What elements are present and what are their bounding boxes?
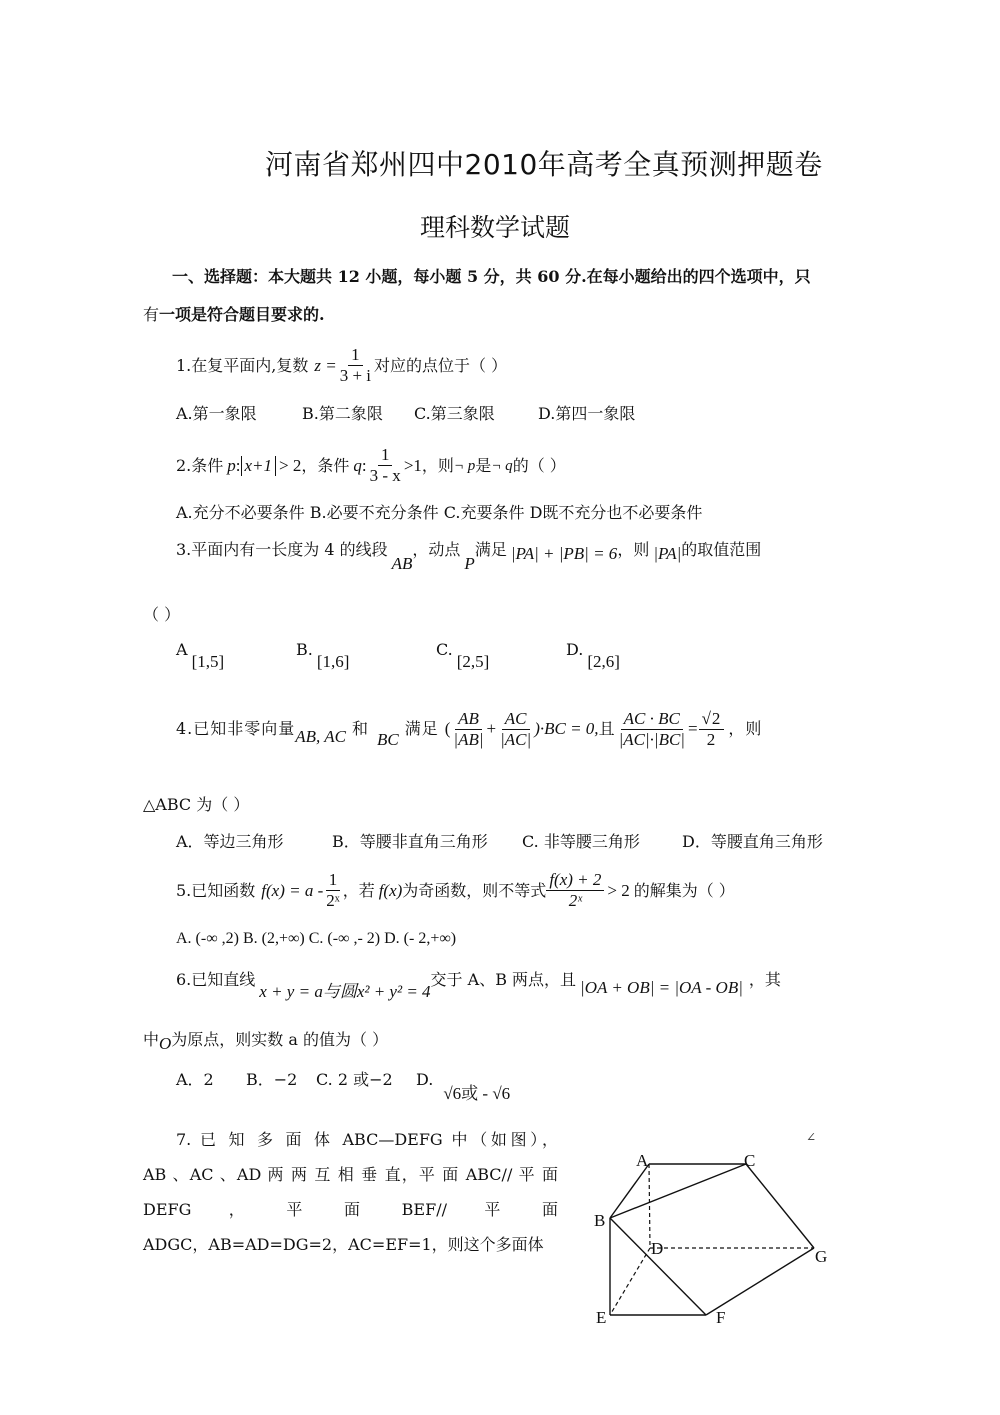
question-7-text: 7. 已 知 多 面 体 ABC—DEFG 中（如图）， AB 、AC 、AD … (143, 1122, 558, 1262)
polyhedron-figure: A C B D G E F (580, 1130, 840, 1340)
q6-line2: 中O为原点，则实数 a 的值为（ ） (143, 1030, 388, 1050)
q4-frac-ac: AC |AC| (497, 709, 534, 750)
q5-frac1-den: 2ˣ (323, 891, 342, 911)
q6-line2-pre: 中 (143, 1030, 159, 1049)
q5-stem-2: ，若 (343, 881, 375, 901)
q4-frac-cos-den: |AC|·|BC| (616, 730, 688, 750)
q4-frac-ab: AB |AB| (450, 709, 486, 750)
q1-math-lhs: z = (314, 356, 336, 376)
q3-option-b-label: B. (296, 640, 313, 659)
q4-sqrt2-den: 2 (704, 730, 720, 750)
q2-frac-num: 1 (378, 445, 393, 466)
q5-frac1-num: 1 (326, 870, 341, 891)
question-1-options: A.第一象限B.第二象限C.第三象限D.第四一象限 (176, 404, 635, 424)
q1-option-a[interactable]: A.第一象限 (176, 404, 302, 424)
q5-option-d[interactable]: D. (- 2,+∞) (384, 929, 456, 949)
q4-option-d[interactable]: D．等腰直角三角形 (682, 832, 823, 852)
q3-option-b-value: [1,6] (317, 652, 350, 671)
q4-frac-cos: AC · BC |AC|·|BC| (616, 709, 688, 750)
q2-not-p: ¬ p (454, 456, 475, 476)
q7-line-4: ADGC，AB=AD=DG=2，AC=EF=1，则这个多面体 (143, 1227, 558, 1262)
q5-frac1: 1 2ˣ (323, 870, 342, 911)
q3-option-c[interactable]: C.[2,5] (436, 640, 566, 660)
q5-fx2: f(x) (379, 881, 403, 901)
q4-plus: + (487, 719, 498, 739)
q3-paren: （ ） (143, 605, 180, 625)
q2-q-var: q (353, 456, 362, 476)
q6-line2-post: 为原点，则实数 a 的值为（ ） (171, 1030, 388, 1049)
q2-fraction: 1 3 - x (367, 445, 404, 486)
q4-and: 和 (352, 719, 369, 739)
label-g: G (815, 1247, 827, 1266)
q1-option-d[interactable]: D.第四一象限 (538, 404, 635, 424)
q2-stem-end: 的（ ） (513, 456, 566, 476)
q6-option-c[interactable]: C. 2 或−2 (316, 1070, 416, 1090)
q2-q-rel: >1 (404, 456, 422, 476)
q4-frac-ab-den: |AB| (450, 730, 486, 750)
label-b: B (594, 1211, 605, 1230)
q3-option-c-label: C. (436, 640, 453, 659)
q3-option-b[interactable]: B.[1,6] (296, 640, 436, 660)
exam-subtitle: 理科数学试题 (420, 208, 570, 244)
q3-stem-3: 满足 (475, 540, 507, 560)
q4-frac-cos-num: AC · BC (621, 709, 683, 730)
label-d: D (651, 1239, 663, 1258)
corner-mark-icon: ∠ (806, 1130, 816, 1144)
q5-option-b[interactable]: B. (2,+∞) (243, 929, 305, 949)
q5-stem-1: 5.已知函数 (176, 881, 255, 901)
q6-stem-3: ，其 (749, 970, 781, 990)
question-2-options: A.充分不必要条件 B.必要不充分条件 C.充要条件 D既不充分也不必要条件 (176, 503, 702, 523)
label-e: E (596, 1308, 606, 1327)
q2-p-abs: x+1 (241, 456, 277, 476)
q3-option-d-label: D. (566, 640, 583, 659)
q5-fx: f(x) = a - (261, 881, 323, 901)
q3-option-a[interactable]: A[1,5] (176, 640, 296, 660)
question-2-stem: 2.条件 p : x+1 > 2 ，条件 q : 1 3 - x >1 ，则 ¬… (176, 445, 566, 486)
q2-p-rel: > 2 (279, 456, 301, 476)
q4-option-a[interactable]: A．等边三角形 (176, 832, 332, 852)
q6-stem-1: 6.已知直线 (176, 970, 255, 990)
q4-stem-2: 满足 (405, 719, 439, 739)
q3-stem-1: 3.平面内有一长度为 4 的线段 (176, 540, 388, 560)
q6-option-a[interactable]: A．2 (176, 1070, 246, 1090)
question-1-stem: 1.在复平面内,复数 z = 1 3 + i 对应的点位于（ ） (176, 345, 507, 386)
q4-frac-ac-den: |AC| (497, 730, 534, 750)
q1-stem-after: 对应的点位于（ ） (374, 356, 507, 376)
q6-option-b[interactable]: B．−2 (246, 1070, 316, 1090)
q2-is: 是 (475, 456, 491, 476)
q4-vectors: AB, AC (295, 727, 346, 747)
q5-frac2-den: 2ˣ (566, 891, 585, 911)
q1-frac-den: 3 + i (337, 366, 374, 386)
q2-p-var: p (227, 456, 236, 476)
q3-option-a-value: [1,5] (192, 652, 225, 671)
q2-option-d[interactable]: D既不充分也不必要条件 (530, 503, 703, 523)
q4-frac-ab-num: AB (455, 709, 482, 730)
q2-option-c[interactable]: C.充要条件 (444, 503, 525, 523)
q3-option-a-label: A (176, 640, 188, 659)
question-4-options: A．等边三角形B．等腰非直角三角形C. 非等腰三角形D．等腰直角三角形 (176, 832, 823, 852)
q5-frac2-num: f(x) + 2 (546, 870, 604, 891)
label-c: C (744, 1151, 755, 1170)
q3-stem-4: ，则 (617, 540, 649, 560)
exam-title: 河南省郑州四中2010年高考全真预测押题卷 (265, 143, 823, 183)
q6-option-d-math: √6或 - √6 (443, 1084, 510, 1103)
q3-stem-2: ，动点 (412, 540, 460, 560)
q4-then: ，则 (728, 719, 762, 739)
q1-option-b[interactable]: B.第二象限 (302, 404, 414, 424)
q3-point: P (464, 554, 474, 574)
q4-eq1-tail: )·BC = 0, (534, 719, 598, 739)
q4-sqrt2-num: √2 (699, 709, 725, 730)
q6-condition: |OA + OB| = |OA - OB| (580, 978, 743, 998)
q5-option-a[interactable]: A. (-∞ ,2) (176, 929, 239, 949)
q1-stem-text: 1.在复平面内,复数 (176, 356, 308, 376)
question-5-stem: 5.已知函数 f(x) = a - 1 2ˣ ，若 f(x) 为奇函数，则不等式… (176, 870, 735, 911)
q6-option-d[interactable]: D.√6或 - √6 (416, 1070, 510, 1090)
q4-option-b[interactable]: B．等腰非直角三角形 (332, 832, 522, 852)
q2-not-q: ¬ q (491, 456, 512, 476)
question-3-stem: 3.平面内有一长度为 4 的线段 AB ，动点 P 满足 |PA| + |PB|… (176, 540, 761, 574)
q4-qie: 且 (599, 719, 616, 739)
q3-target: |PA| (653, 544, 681, 564)
q6-line-eq: x + y = a与圆x² + y² = 4 (259, 982, 430, 1002)
q2-then: ，则 (422, 456, 454, 476)
q5-stem-3: 为奇函数，则不等式 (402, 881, 546, 901)
q2-frac-den: 3 - x (367, 466, 404, 486)
q6-origin: O (159, 1034, 171, 1053)
q3-option-d[interactable]: D.[2,6] (566, 640, 620, 660)
section-heading-rest: 一项是符合题目要求的. (159, 305, 325, 324)
label-a: A (636, 1151, 649, 1170)
q2-p-label: 2.条件 (176, 456, 223, 476)
question-3-options: A[1,5] B.[1,6] C.[2,5] D.[2,6] (176, 640, 620, 660)
q4-line2: △ABC 为（ ） (143, 795, 249, 815)
q4-frac-sqrt2: √2 2 (699, 709, 725, 750)
q4-vec-bc: BC (377, 730, 399, 750)
q5-rel: > 2 (607, 881, 629, 901)
q7-line-2: AB 、AC 、AD 两 两 互 相 垂 直，平 面 ABC// 平 面 (143, 1157, 558, 1192)
question-5-options: A. (-∞ ,2) B. (2,+∞) C. (-∞ ,- 2) D. (- … (176, 929, 456, 949)
section-heading-prefix: 有 (143, 305, 159, 324)
q3-stem-5: 的取值范围 (681, 540, 761, 560)
q3-option-d-value: [2,6] (587, 652, 620, 671)
label-f: F (716, 1308, 725, 1327)
q5-frac2: f(x) + 2 2ˣ (546, 870, 604, 911)
question-6-options: A．2B．−2C. 2 或−2D.√6或 - √6 (176, 1070, 510, 1090)
q1-frac-num: 1 (348, 345, 363, 366)
q5-option-c[interactable]: C. (-∞ ,- 2) (309, 929, 380, 949)
question-6-stem: 6.已知直线 x + y = a与圆x² + y² = 4 交于 A、B 两点，… (176, 970, 781, 1002)
q2-q-label: ，条件 (301, 456, 349, 476)
q2-option-b[interactable]: B.必要不充分条件 (310, 503, 439, 523)
q3-option-c-value: [2,5] (457, 652, 490, 671)
q3-condition: |PA| + |PB| = 6 (511, 544, 617, 564)
q6-option-d-label: D. (416, 1070, 433, 1089)
q1-fraction: 1 3 + i (337, 345, 374, 386)
q7-line-1: 7. 已 知 多 面 体 ABC—DEFG 中（如图）， (143, 1122, 558, 1157)
q4-frac-ac-num: AC (502, 709, 530, 730)
question-4-stem: 4.已知非零向量 AB, AC 和 BC 满足 ( AB |AB| + AC |… (176, 708, 762, 750)
q3-segment: AB (392, 554, 413, 574)
q5-stem-4: 的解集为（ ） (634, 881, 735, 901)
section-heading-line2: 有一项是符合题目要求的. (143, 305, 325, 325)
q7-line-3: DEFG ， 平 面 BEF// 平 面 (143, 1192, 558, 1227)
q4-stem-1: 4.已知非零向量 (176, 719, 295, 739)
q4-eq: = (688, 719, 699, 739)
section-heading-line1: 一、选择题：本大题共 12 小题，每小题 5 分，共 60 分.在每小题给出的四… (172, 267, 811, 287)
q2-option-a[interactable]: A.充分不必要条件 (176, 503, 305, 523)
q4-option-c[interactable]: C. 非等腰三角形 (522, 832, 682, 852)
q1-option-c[interactable]: C.第三象限 (414, 404, 538, 424)
q6-stem-2: 交于 A、B 两点，且 (431, 970, 577, 990)
